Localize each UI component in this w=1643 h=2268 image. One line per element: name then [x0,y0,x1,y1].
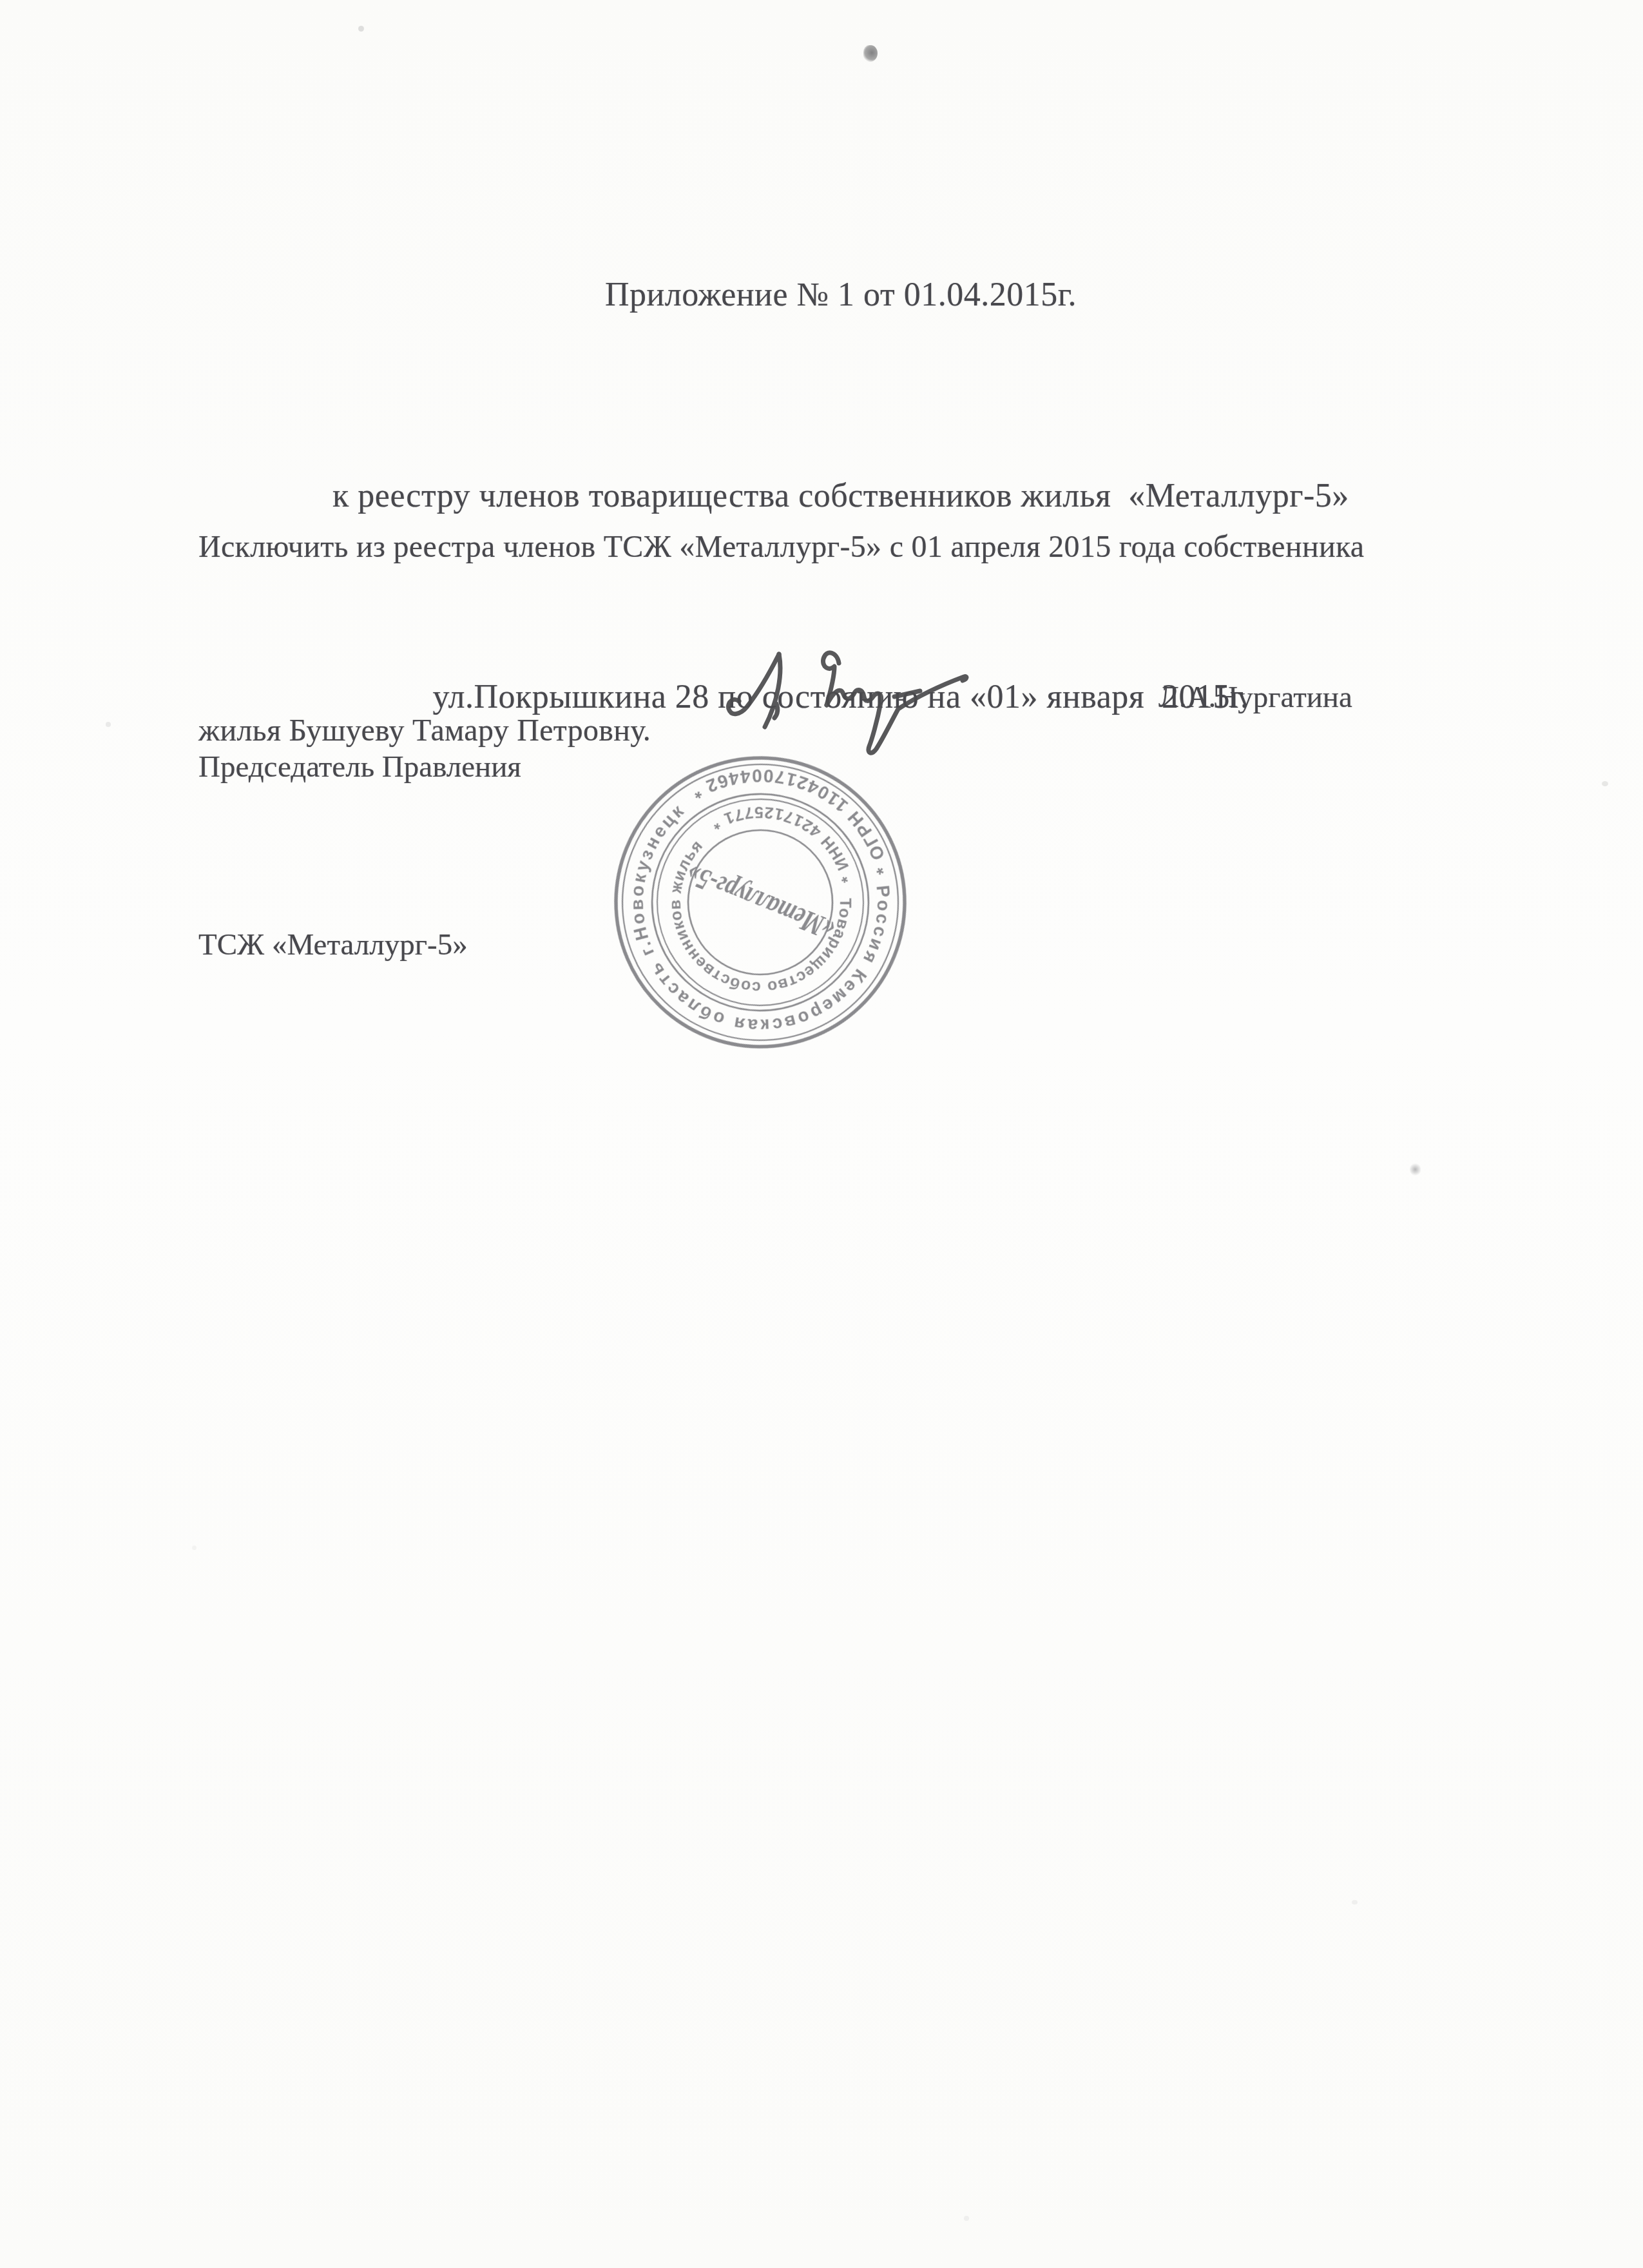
scan-speck [964,2216,969,2221]
scan-speck [1352,1900,1358,1905]
scan-speck [358,26,364,32]
body-line-1: Исключить из реестра членов ТСЖ «Металлу… [198,516,1481,577]
signer-role: Председатель Правления ТСЖ «Металлург-5» [198,619,521,1093]
signer-role-line-2: ТСЖ «Металлург-5» [198,915,521,974]
stamp-center-text: «Металлург-5» [682,857,840,947]
scan-speck [1410,1163,1421,1176]
scan-speck [106,722,111,727]
signature-stroke-l-left [728,654,779,714]
scanned-document-page: Приложение № 1 от 01.04.2015г. к реестру… [0,0,1643,2268]
title-line-1: Приложение № 1 от 01.04.2015г. [39,262,1643,329]
scan-speck [192,1546,197,1550]
signer-name: Л.А.Нургатина [1158,675,1352,720]
scan-speck [1602,781,1608,786]
signature-stroke-flourish [827,677,966,753]
signer-role-line-1: Председатель Правления [198,737,521,797]
scan-speck [863,45,878,62]
signature-stroke-comma [774,704,778,718]
